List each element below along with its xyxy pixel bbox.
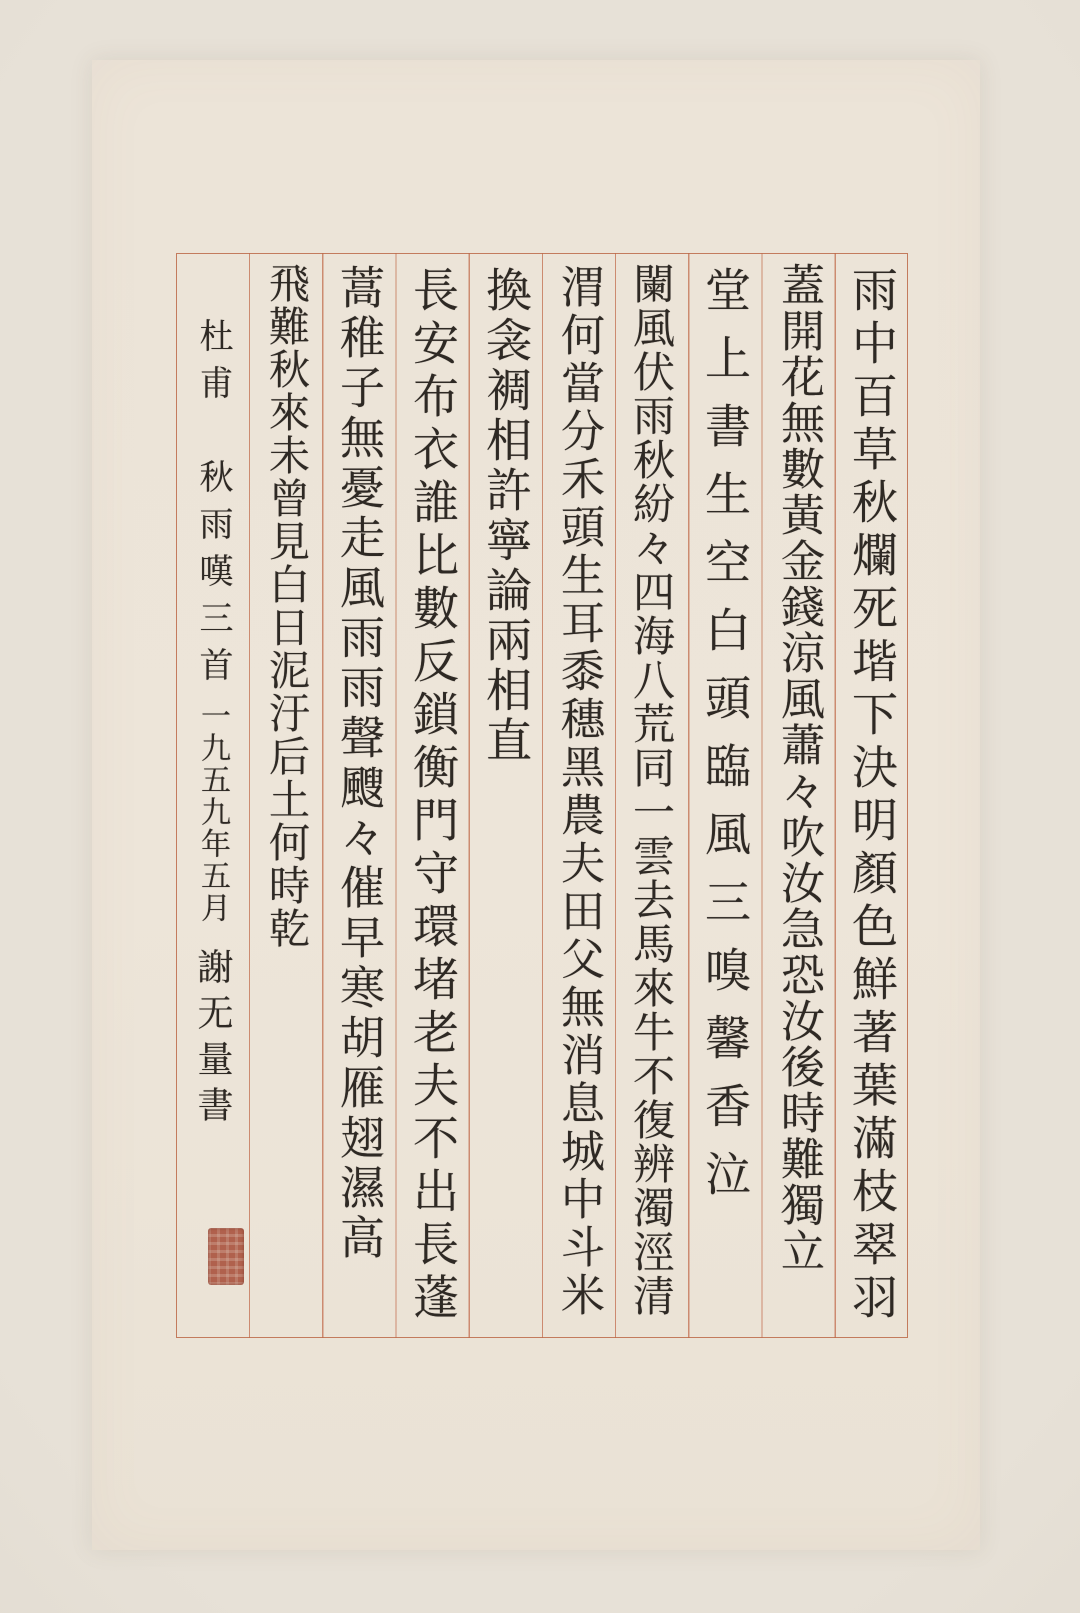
poem-column-9: 飛難秋來未曾見白日泥汙后土何時乾 <box>249 262 322 950</box>
poem-column-8: 蒿稚子無憂走風雨雨聲颼々催早寒胡雁翅濕高 <box>322 264 395 1264</box>
poem-column-7: 長安布衣誰比數反鎖衡門守環堵老夫不出長蓬 <box>396 266 469 1326</box>
poem-column-6: 換衾裯相許寧論兩相直 <box>469 266 542 766</box>
paper-sheet: 雨中百草秋爛死堦下決明顏色鮮著葉滿枝翠羽 蓋開花無數黃金錢涼風蕭々吹汝急恐汝後時… <box>92 60 980 1550</box>
poem-column-4: 闌風伏雨秋紛々四海八荒同一雲去馬來牛不復辨濁涇清 <box>615 262 688 1318</box>
colophon-title: 杜甫 秋雨嘆三首 <box>176 318 249 694</box>
colophon-signature: 謝无量書 <box>176 948 249 1132</box>
poem-column-3: 堂上書生空白頭臨風三嗅馨香泣 <box>688 266 761 1218</box>
colophon-date: 一九五九年五月 <box>176 700 249 924</box>
poem-column-1: 雨中百草秋爛死堦下決明顏色鮮著葉滿枝翠羽 <box>835 266 908 1326</box>
artist-seal-stamp <box>208 1228 244 1285</box>
poem-column-5: 渭何當分禾頭生耳黍穗黑農夫田父無消息城中斗米 <box>542 264 615 1320</box>
calligraphy-scroll-photo: 雨中百草秋爛死堦下決明顏色鮮著葉滿枝翠羽 蓋開花無數黃金錢涼風蕭々吹汝急恐汝後時… <box>0 0 1080 1613</box>
poem-column-2: 蓋開花無數黃金錢涼風蕭々吹汝急恐汝後時難獨立 <box>762 262 835 1274</box>
